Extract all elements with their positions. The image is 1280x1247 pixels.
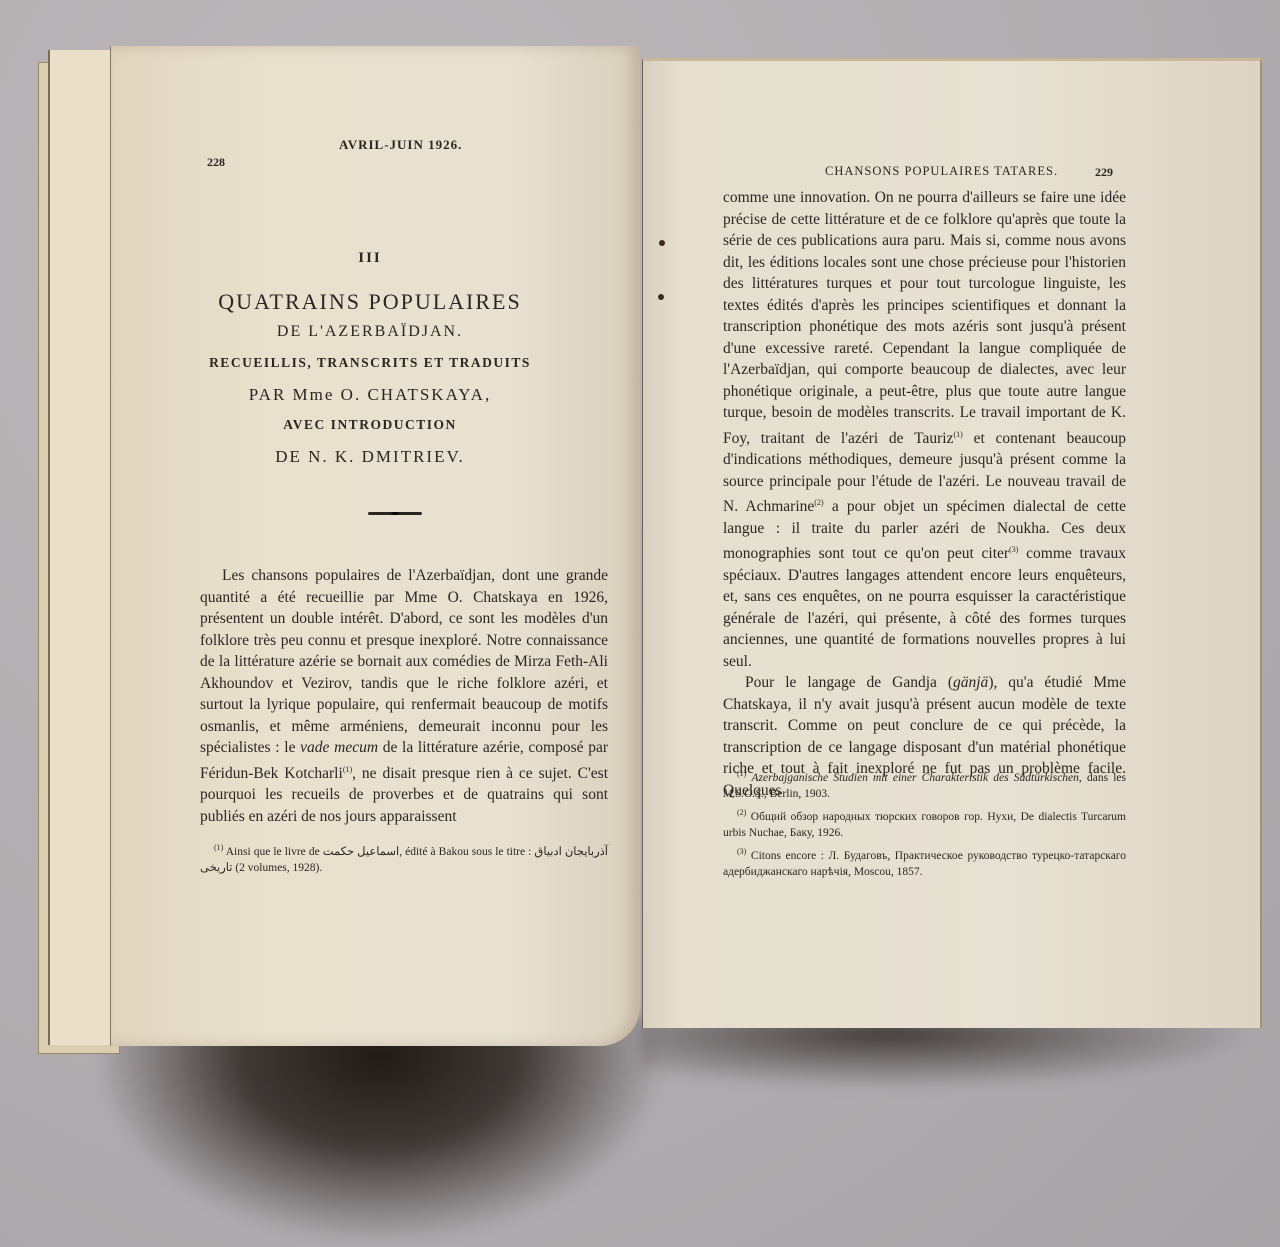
article-title-block: III QUATRAINS POPULAIRES DE L'AZERBAÏDJA… <box>160 250 580 479</box>
footnote: (1) Ainsi que le livre de اسماعیل حکمت, … <box>200 840 608 877</box>
article-author: PAR Mme O. CHATSKAYA, <box>160 385 580 405</box>
arabic-text: اسماعیل حکمت <box>323 846 399 858</box>
right-running-head: CHANSONS POPULAIRES TATARES. <box>825 164 1058 179</box>
separator-ornament <box>368 512 422 515</box>
footnote-ref: (1) <box>343 765 352 774</box>
section-number: III <box>160 250 580 267</box>
left-running-head: AVRIL-JUIN 1926. <box>339 137 462 153</box>
left-footnotes: (1) Ainsi que le livre de اسماعیل حکمت, … <box>200 840 608 879</box>
right-body-text: comme une innovation. On ne pourra d'ail… <box>723 187 1126 801</box>
left-page <box>110 46 640 1046</box>
article-subtitle: RECUEILLIS, TRANSCRITS ET TRADUITS <box>160 355 580 371</box>
footnote: (1) Azerbajganische Studien mit einer Ch… <box>723 766 1126 803</box>
article-title-line2: DE L'AZERBAÏDJAN. <box>160 323 580 341</box>
article-intro-author: DE N. K. DMITRIEV. <box>160 447 580 467</box>
footnote-ref: (3) <box>1009 545 1018 554</box>
left-page-number: 228 <box>207 155 225 170</box>
left-paragraph: Les chansons populaires de l'Azerbaïdjan… <box>200 565 608 827</box>
binding-hole <box>659 240 665 246</box>
italic-term: vade mecum <box>300 739 378 756</box>
right-footnotes: (1) Azerbajganische Studien mit einer Ch… <box>723 766 1126 882</box>
binding-hole <box>658 294 664 300</box>
article-title: QUATRAINS POPULAIRES <box>160 289 580 315</box>
footnote-ref: (1) <box>953 430 962 439</box>
right-page-number: 229 <box>1095 165 1113 180</box>
left-body-text: Les chansons populaires de l'Azerbaïdjan… <box>200 565 608 827</box>
footnote: (2) Общий обзор народных тюрских говоров… <box>723 805 1126 842</box>
italic-term: gänjä <box>953 674 988 691</box>
right-paragraph: comme une innovation. On ne pourra d'ail… <box>723 187 1126 672</box>
book-shadow-right <box>640 1020 1260 1090</box>
footnote: (3) Citons encore : Л. Будаговъ, Практич… <box>723 844 1126 881</box>
article-intro-label: AVEC INTRODUCTION <box>160 417 580 433</box>
footnote-ref: (2) <box>814 498 823 507</box>
